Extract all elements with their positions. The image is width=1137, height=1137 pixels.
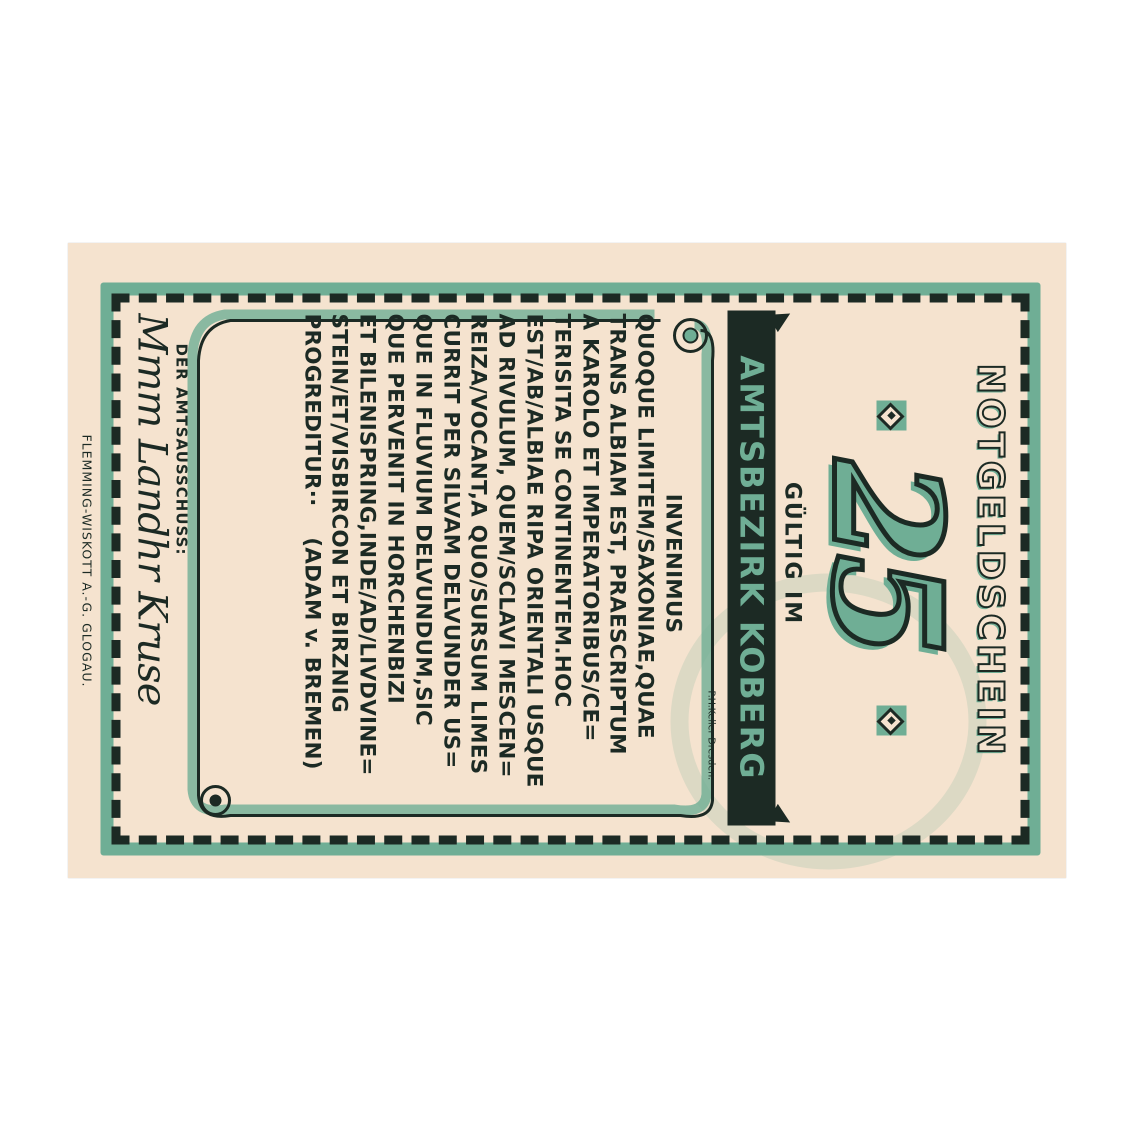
poem-line-last: PROGREDITUR·· (ADAM v. BREMEN): [297, 313, 325, 813]
district-banner: AMTSBEZIRK KOBERG: [727, 310, 775, 825]
poem-line: CURRIT PER SILVAM DELVUNDER US=: [436, 313, 464, 813]
note-title: NOTGELDSCHEIN: [969, 295, 1010, 826]
poem-line: QUE IN FLUVIUM DELVUNDUM,SIC: [408, 313, 436, 813]
artist-credit: P.H.Keller·Dresden.: [705, 690, 716, 780]
poem-line: A KAROLO ET IMPERATORIBUS/CE=: [575, 313, 603, 813]
poem-line: QUE PERVENIT IN HORCHENBIZI: [380, 313, 408, 813]
valid-in-label: GÜLTIG IM: [779, 423, 804, 683]
poem-line: ET BILENISPRING,INDE/AD/LIVDVINE=: [352, 313, 380, 813]
committee-label: DER AMTSAUSSCHUSS:: [172, 343, 190, 555]
poem-line: QUOQUE LIMITEM/SAXONIAE,QUAE: [630, 313, 658, 813]
poem-line: AD RIVULUM, QUEM/SCLAVI MESCEN=: [491, 313, 519, 813]
banknote-face: NOTGELDSCHEIN 25 GÜLTIG IM AMTSBEZIRK KO…: [68, 243, 1066, 878]
poem-line: EST/AB/ALBIAE RIPA ORIENTALI USQUE: [519, 313, 547, 813]
poem-line: STEIN/ET/VISBIRCON ET BIRZNIG: [325, 313, 353, 813]
latin-text: INVENIMUS QUOQUE LIMITEM/SAXONIAE,QUAE T…: [297, 313, 686, 813]
denomination-value: 25: [806, 423, 966, 683]
poem-line: TERISITA SE CONTINENTEM.HOC: [547, 313, 575, 813]
district-name: AMTSBEZIRK KOBERG: [732, 355, 770, 780]
signature: Mmm Landhr Kruse: [124, 313, 174, 813]
poem-line: TRANS ALBIAM EST, PRAESCRIPTUM: [603, 313, 631, 813]
poem-line: REIZA/VOCANT,A QUO/SURSUM LIMES: [464, 313, 492, 813]
poem-title: INVENIMUS: [658, 313, 686, 813]
banknote: NOTGELDSCHEIN 25 GÜLTIG IM AMTSBEZIRK KO…: [68, 243, 1066, 878]
poem-attribution: (ADAM v. BREMEN): [299, 537, 324, 769]
printer-imprint: FLEMMING-WISKOTT A.-G. GLOGAU.: [79, 303, 94, 818]
diamond-ornament-icon: [876, 705, 906, 735]
poem-line: PROGREDITUR··: [299, 313, 324, 506]
